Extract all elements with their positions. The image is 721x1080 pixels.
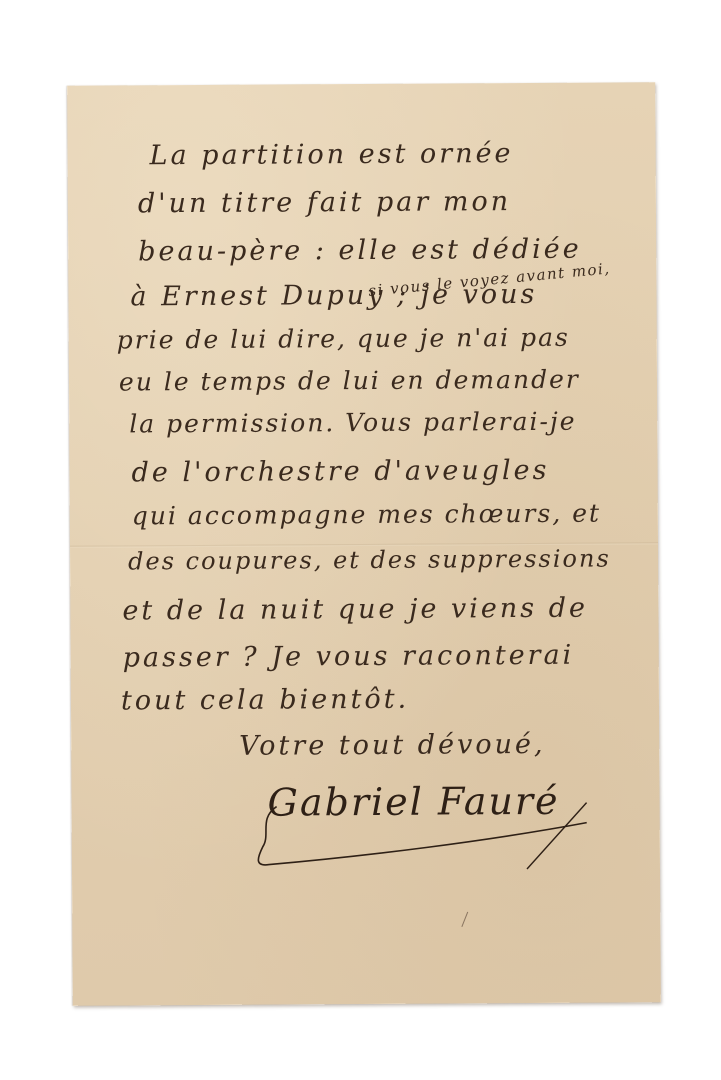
letter-line-2: d'un titre fait par mon: [138, 186, 511, 219]
letter-line-1: La partition est ornée: [150, 138, 514, 171]
letter-line-5: prie de lui dire, que je n'ai pas: [117, 323, 570, 355]
letter-line-3: beau-père : elle est dédiée: [138, 234, 582, 268]
letter-line-11: et de la nuit que je viens de: [122, 593, 588, 627]
letter-line-10: des coupures, et des suppressions: [128, 544, 611, 575]
letter-line-9: qui accompagne mes chœurs, et: [132, 499, 601, 531]
letter-line-8: de l'orchestre d'aveugles: [131, 455, 549, 489]
pencil-mark: [461, 912, 468, 927]
letter-line-6: eu le temps de lui en demander: [119, 365, 580, 397]
letter-line-12: passer ? Je vous raconterai: [123, 640, 575, 674]
letter-closing: Votre tout dévoué,: [239, 729, 545, 762]
letter-line-7: la permission. Vous parlerai-je: [129, 407, 576, 439]
signature-flourish-icon: [247, 794, 627, 876]
letter-sheet: La partition est ornée d'un titre fait p…: [67, 82, 661, 1006]
letter-line-13: tout cela bientôt.: [121, 684, 409, 717]
